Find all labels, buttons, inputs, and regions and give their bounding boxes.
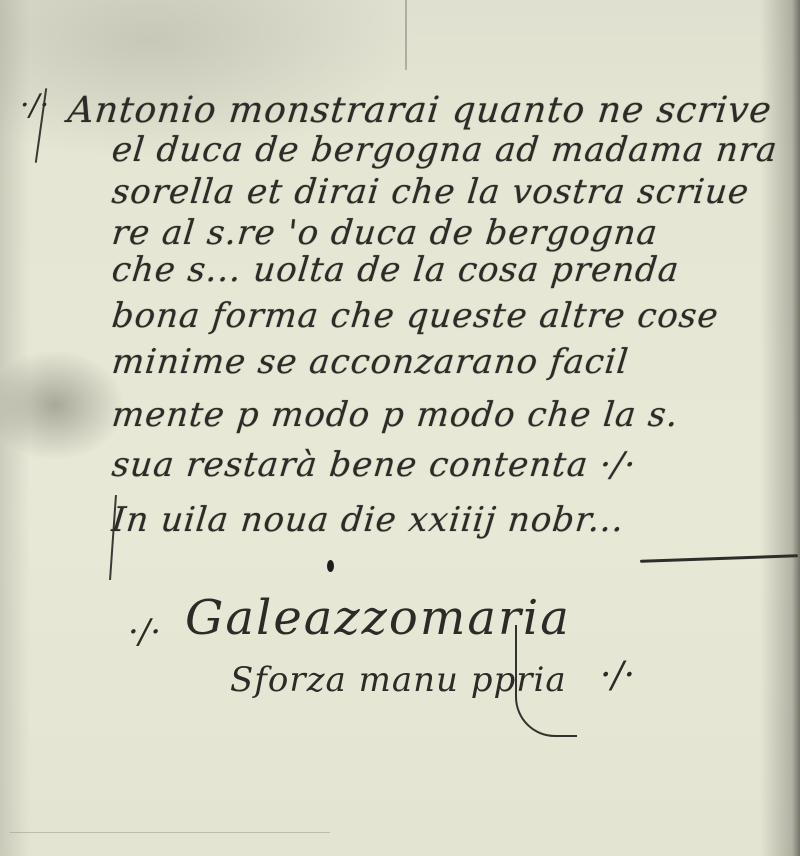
signature-flourish xyxy=(515,625,577,737)
body-line-4: re al s.re 'o duca de bergogna xyxy=(110,213,660,253)
signature-line-1: Galeazzomaria xyxy=(185,590,571,646)
signature-leading-mark: ·/· xyxy=(128,612,161,652)
body-line-1: Antonio monstrarai quanto ne scrive xyxy=(66,90,774,131)
manuscript-page: ·/· Antonio monstrarai quanto ne scrive … xyxy=(0,0,800,856)
ink-blot xyxy=(327,560,334,572)
body-line-2: el duca de bergogna ad madama nra xyxy=(110,130,780,170)
paper-fold-horizontal xyxy=(10,832,330,833)
body-line-3: sorella et dirai che la vostra scriue xyxy=(110,172,751,212)
opening-mark: ·/· xyxy=(20,88,49,123)
body-line-5: che s... uolta de la cosa prenda xyxy=(110,250,682,290)
body-line-7: minime se acconzarano facil xyxy=(110,342,631,382)
body-line-8: mente p modo p modo che la s. xyxy=(110,395,681,435)
paper-fold-vertical xyxy=(405,0,407,70)
body-line-9: sua restarà bene contenta ·/· xyxy=(110,445,638,485)
body-line-6: bona forma che queste altre cose xyxy=(110,296,721,336)
body-line-10-dateline: In uila noua die xxiiij nobr... xyxy=(110,500,626,540)
signature-trailing-mark: ·/· xyxy=(600,655,635,696)
dateline-underline xyxy=(640,554,798,563)
